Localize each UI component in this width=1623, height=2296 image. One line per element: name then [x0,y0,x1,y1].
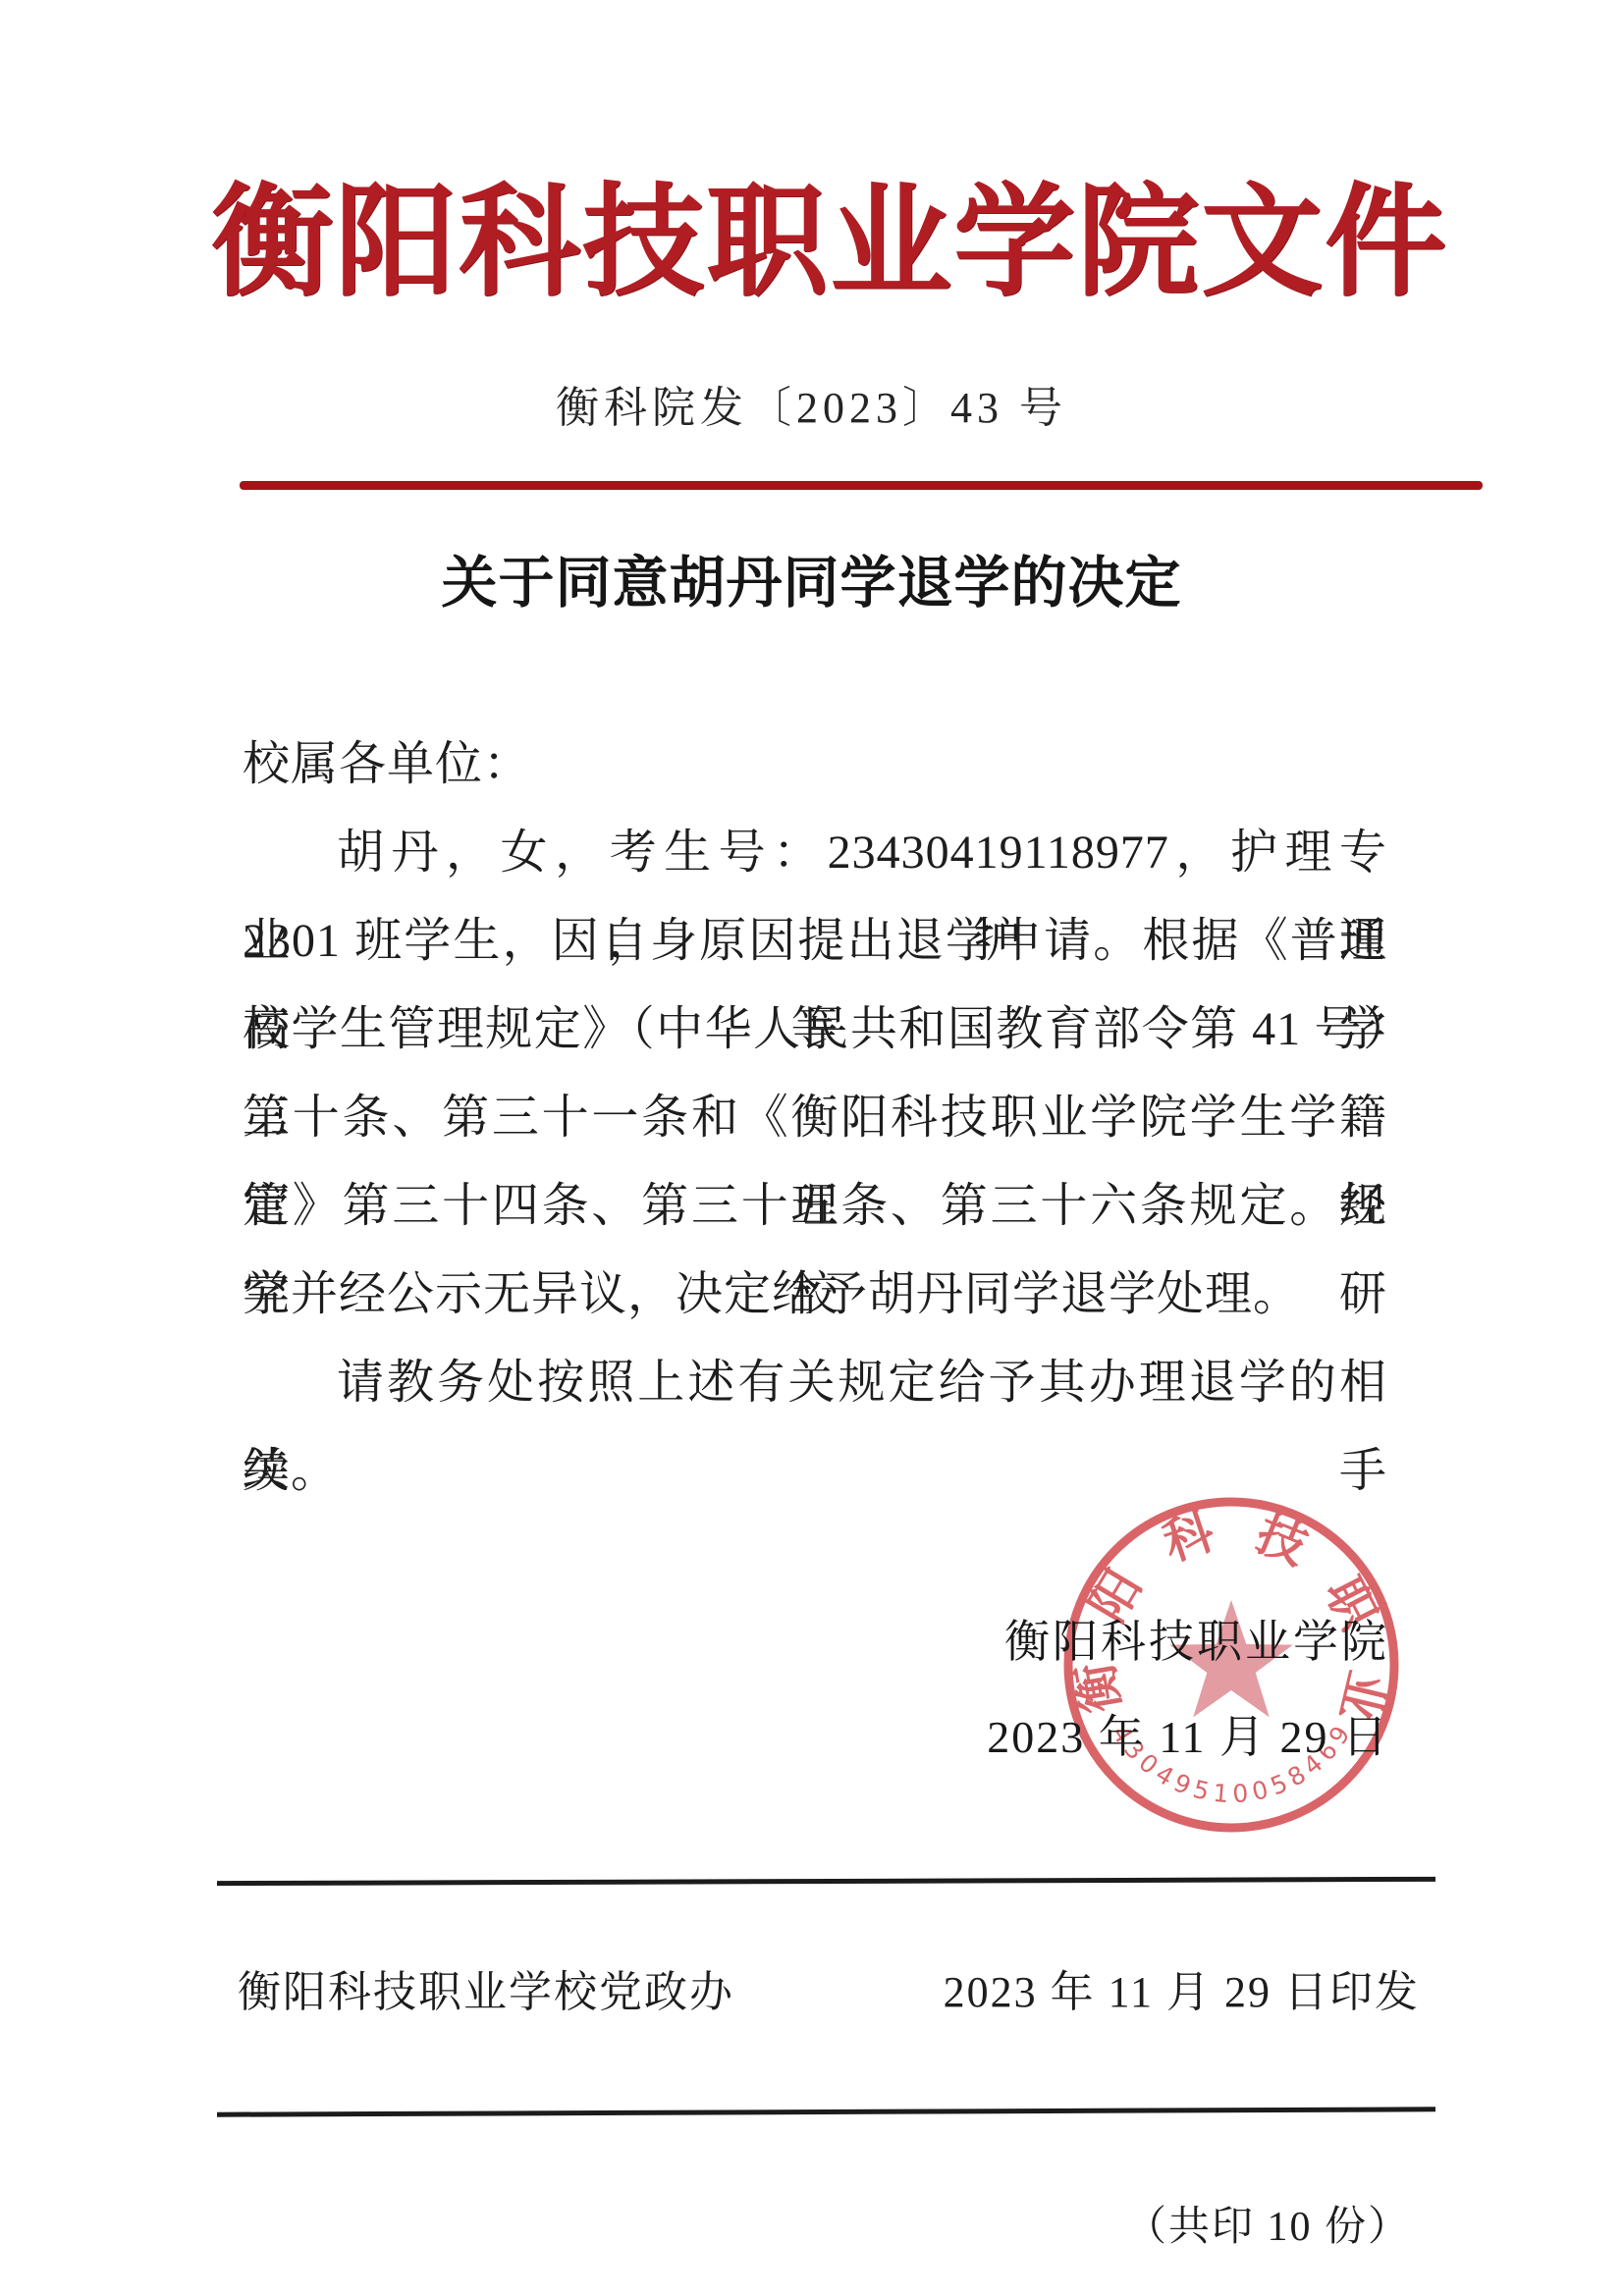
body-line: 请教务处按照上述有关规定给予其办理退学的相关手 [243,1339,1387,1427]
footer-bottom-rule [217,2107,1435,2116]
letterhead-title: 衡阳科技职业学院文件 [211,165,1448,322]
signature-date: 2023 年 11 月 29 日 [987,1710,1389,1765]
footer-issuer-office: 衡阳科技职业学校党政办 [238,1965,734,2020]
body-line: 2301 班学生，因自身原因提出退学申请。根据《普通高等学 [243,897,1387,986]
document-title: 关于同意胡丹同学退学的决定 [0,550,1623,618]
red-divider-line [240,481,1483,490]
body-line: 校学生管理规定》（中华人民共和国教育部令第 41 号）第 [243,986,1387,1074]
signature-org: 衡阳科技职业学院 [1004,1615,1389,1670]
body-line: 三十条、第三十一条和《衡阳科技职业学院学生学籍管理规 [243,1074,1387,1162]
footer-copies-note: （共印 10 份） [1125,2201,1411,2254]
body-line: 定》第三十四条、第三十五条、第三十六条规定。经学校研 [243,1162,1387,1251]
body-line: 胡丹，女，考生号：23430419118977，护理专业，护理 [243,809,1387,897]
footer-top-rule [217,1877,1435,1886]
document-number: 衡科院发〔2023〕43 号 [0,381,1623,436]
document-body: 校属各单位： 胡丹，女，考生号：23430419118977，护理专业，护理 2… [243,721,1387,1516]
footer-print-date: 2023 年 11 月 29 日印发 [944,1965,1420,2020]
body-line-salutation: 校属各单位： [243,721,1387,809]
document-page: 衡阳科技职业学院文件 衡科院发〔2023〕43 号 关于同意胡丹同学退学的决定 … [0,0,1623,2296]
body-line: 究并经公示无异议，决定给予胡丹同学退学处理。 [243,1251,1387,1339]
